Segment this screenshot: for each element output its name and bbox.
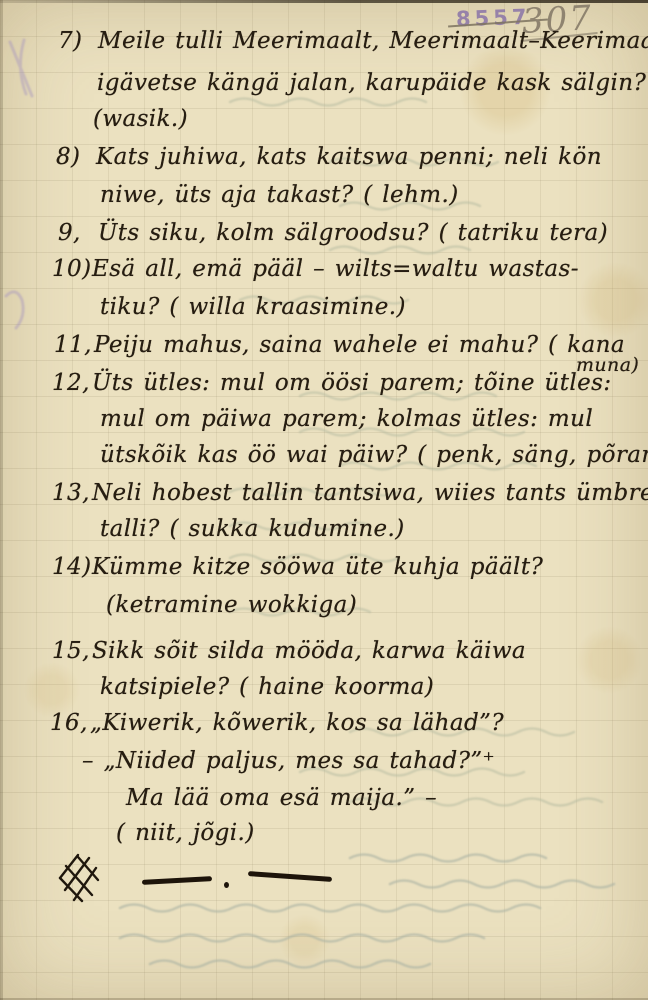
crosshatch-doodle-icon xyxy=(56,852,100,904)
riddle-text: tiku? ( willa kraasimine.) xyxy=(100,294,406,320)
riddle-text: katsipiele? ( haine koorma) xyxy=(100,674,434,700)
riddle-number: 7) xyxy=(58,28,98,54)
end-divider-dash-left xyxy=(142,876,212,885)
riddle-line: katsipiele? ( haine koorma) xyxy=(100,674,434,700)
riddle-line: 7)Meile tulli Meerimaalt, Meerimaalt–Kee… xyxy=(58,28,648,54)
riddle-text: Ma lää oma esä maija.” – xyxy=(126,785,437,811)
riddle-line: 16,„Kiwerik, kõwerik, kos sa lähad”? xyxy=(50,710,504,736)
riddle-answer: (wasik.) xyxy=(93,106,188,132)
riddle-text: mul om päiwa parem; kolmas ütles: mul xyxy=(100,406,593,432)
riddle-line: 12,Üts ütles: mul om öösi parem; tõine ü… xyxy=(52,370,612,396)
riddle-text: Meile tulli Meerimaalt, Meerimaalt–Keeri… xyxy=(98,28,648,54)
riddle-number: 13, xyxy=(52,480,92,506)
riddle-answer: ( niit, jõgi.) xyxy=(116,820,255,846)
riddle-text: „Kiwerik, kõwerik, kos sa lähad”? xyxy=(90,710,504,736)
riddle-line: igävetse kängä jalan, karupäide kask säl… xyxy=(97,70,646,96)
riddle-number: 12, xyxy=(52,370,92,396)
riddle-text: igävetse kängä jalan, karupäide kask säl… xyxy=(97,70,646,96)
riddle-text: Peiju mahus, saina wahele ei mahu? ( kan… xyxy=(94,332,625,358)
riddle-line: 11,Peiju mahus, saina wahele ei mahu? ( … xyxy=(54,332,625,358)
end-divider-dash-right xyxy=(248,871,332,882)
riddle-text: Kümme kitze sööwa üte kuhja päält? xyxy=(92,554,543,580)
riddle-number: 11, xyxy=(54,332,94,358)
manuscript-page: 8557 307 7)Meile tulli Meerimaalt, Meeri… xyxy=(0,0,648,1000)
riddle-line: Ma lää oma esä maija.” – xyxy=(126,785,437,811)
riddle-line: 8)Kats juhiwa, kats kaitswa penni; neli … xyxy=(56,144,602,170)
riddle-text: ( niit, jõgi.) xyxy=(116,820,255,846)
riddle-line: 9,Üts siku, kolm sälgroodsu? ( tatriku t… xyxy=(58,220,608,246)
riddle-line: talli? ( sukka kudumine.) xyxy=(100,516,405,542)
riddle-text: (ketramine wokkiga) xyxy=(106,592,357,618)
riddle-number: 9, xyxy=(58,220,98,246)
riddle-text: Neli hobest tallin tantsiwa, wiies tants… xyxy=(92,480,648,506)
riddle-text: – „Niided paljus, mes sa tahad?”⁺ xyxy=(82,748,495,774)
riddle-line: mul om päiwa parem; kolmas ütles: mul xyxy=(100,406,593,432)
riddle-text: Esä all, emä pääl – wilts=waltu wastas- xyxy=(92,256,579,282)
scan-edge-left xyxy=(0,0,3,1000)
riddle-line: ütskõik kas öö wai päiw? ( penk, säng, p… xyxy=(100,442,648,468)
riddle-line: – „Niided paljus, mes sa tahad?”⁺ xyxy=(82,748,495,774)
riddle-text: talli? ( sukka kudumine.) xyxy=(100,516,405,542)
riddle-line: 10)Esä all, emä pääl – wilts=waltu wasta… xyxy=(52,256,579,282)
riddle-number: 8) xyxy=(56,144,96,170)
end-divider-dot xyxy=(224,882,229,888)
riddle-text: (wasik.) xyxy=(93,106,188,132)
riddle-text: Kats juhiwa, kats kaitswa penni; neli kö… xyxy=(96,144,602,170)
riddle-text: Sikk sõit silda mööda, karwa käiwa xyxy=(92,638,526,664)
riddle-line: 15,Sikk sõit silda mööda, karwa käiwa xyxy=(52,638,526,664)
riddle-line: tiku? ( willa kraasimine.) xyxy=(100,294,406,320)
riddle-number: 16, xyxy=(50,710,90,736)
riddle-number: 14) xyxy=(52,554,92,580)
riddle-line: 14)Kümme kitze sööwa üte kuhja päält? xyxy=(52,554,543,580)
riddle-line: niwe, üts aja takast? ( lehm.) xyxy=(100,182,459,208)
riddle-text: Üts siku, kolm sälgroodsu? ( tatriku ter… xyxy=(98,220,608,246)
riddle-text: Üts ütles: mul om öösi parem; tõine ütle… xyxy=(92,370,612,396)
riddle-text: ütskõik kas öö wai päiw? ( penk, säng, p… xyxy=(100,442,648,468)
riddle-number: 10) xyxy=(52,256,92,282)
riddle-text: niwe, üts aja takast? ( lehm.) xyxy=(100,182,459,208)
riddle-answer: (ketramine wokkiga) xyxy=(106,592,357,618)
riddle-number: 15, xyxy=(52,638,92,664)
riddle-line: 13,Neli hobest tallin tantsiwa, wiies ta… xyxy=(52,480,648,506)
